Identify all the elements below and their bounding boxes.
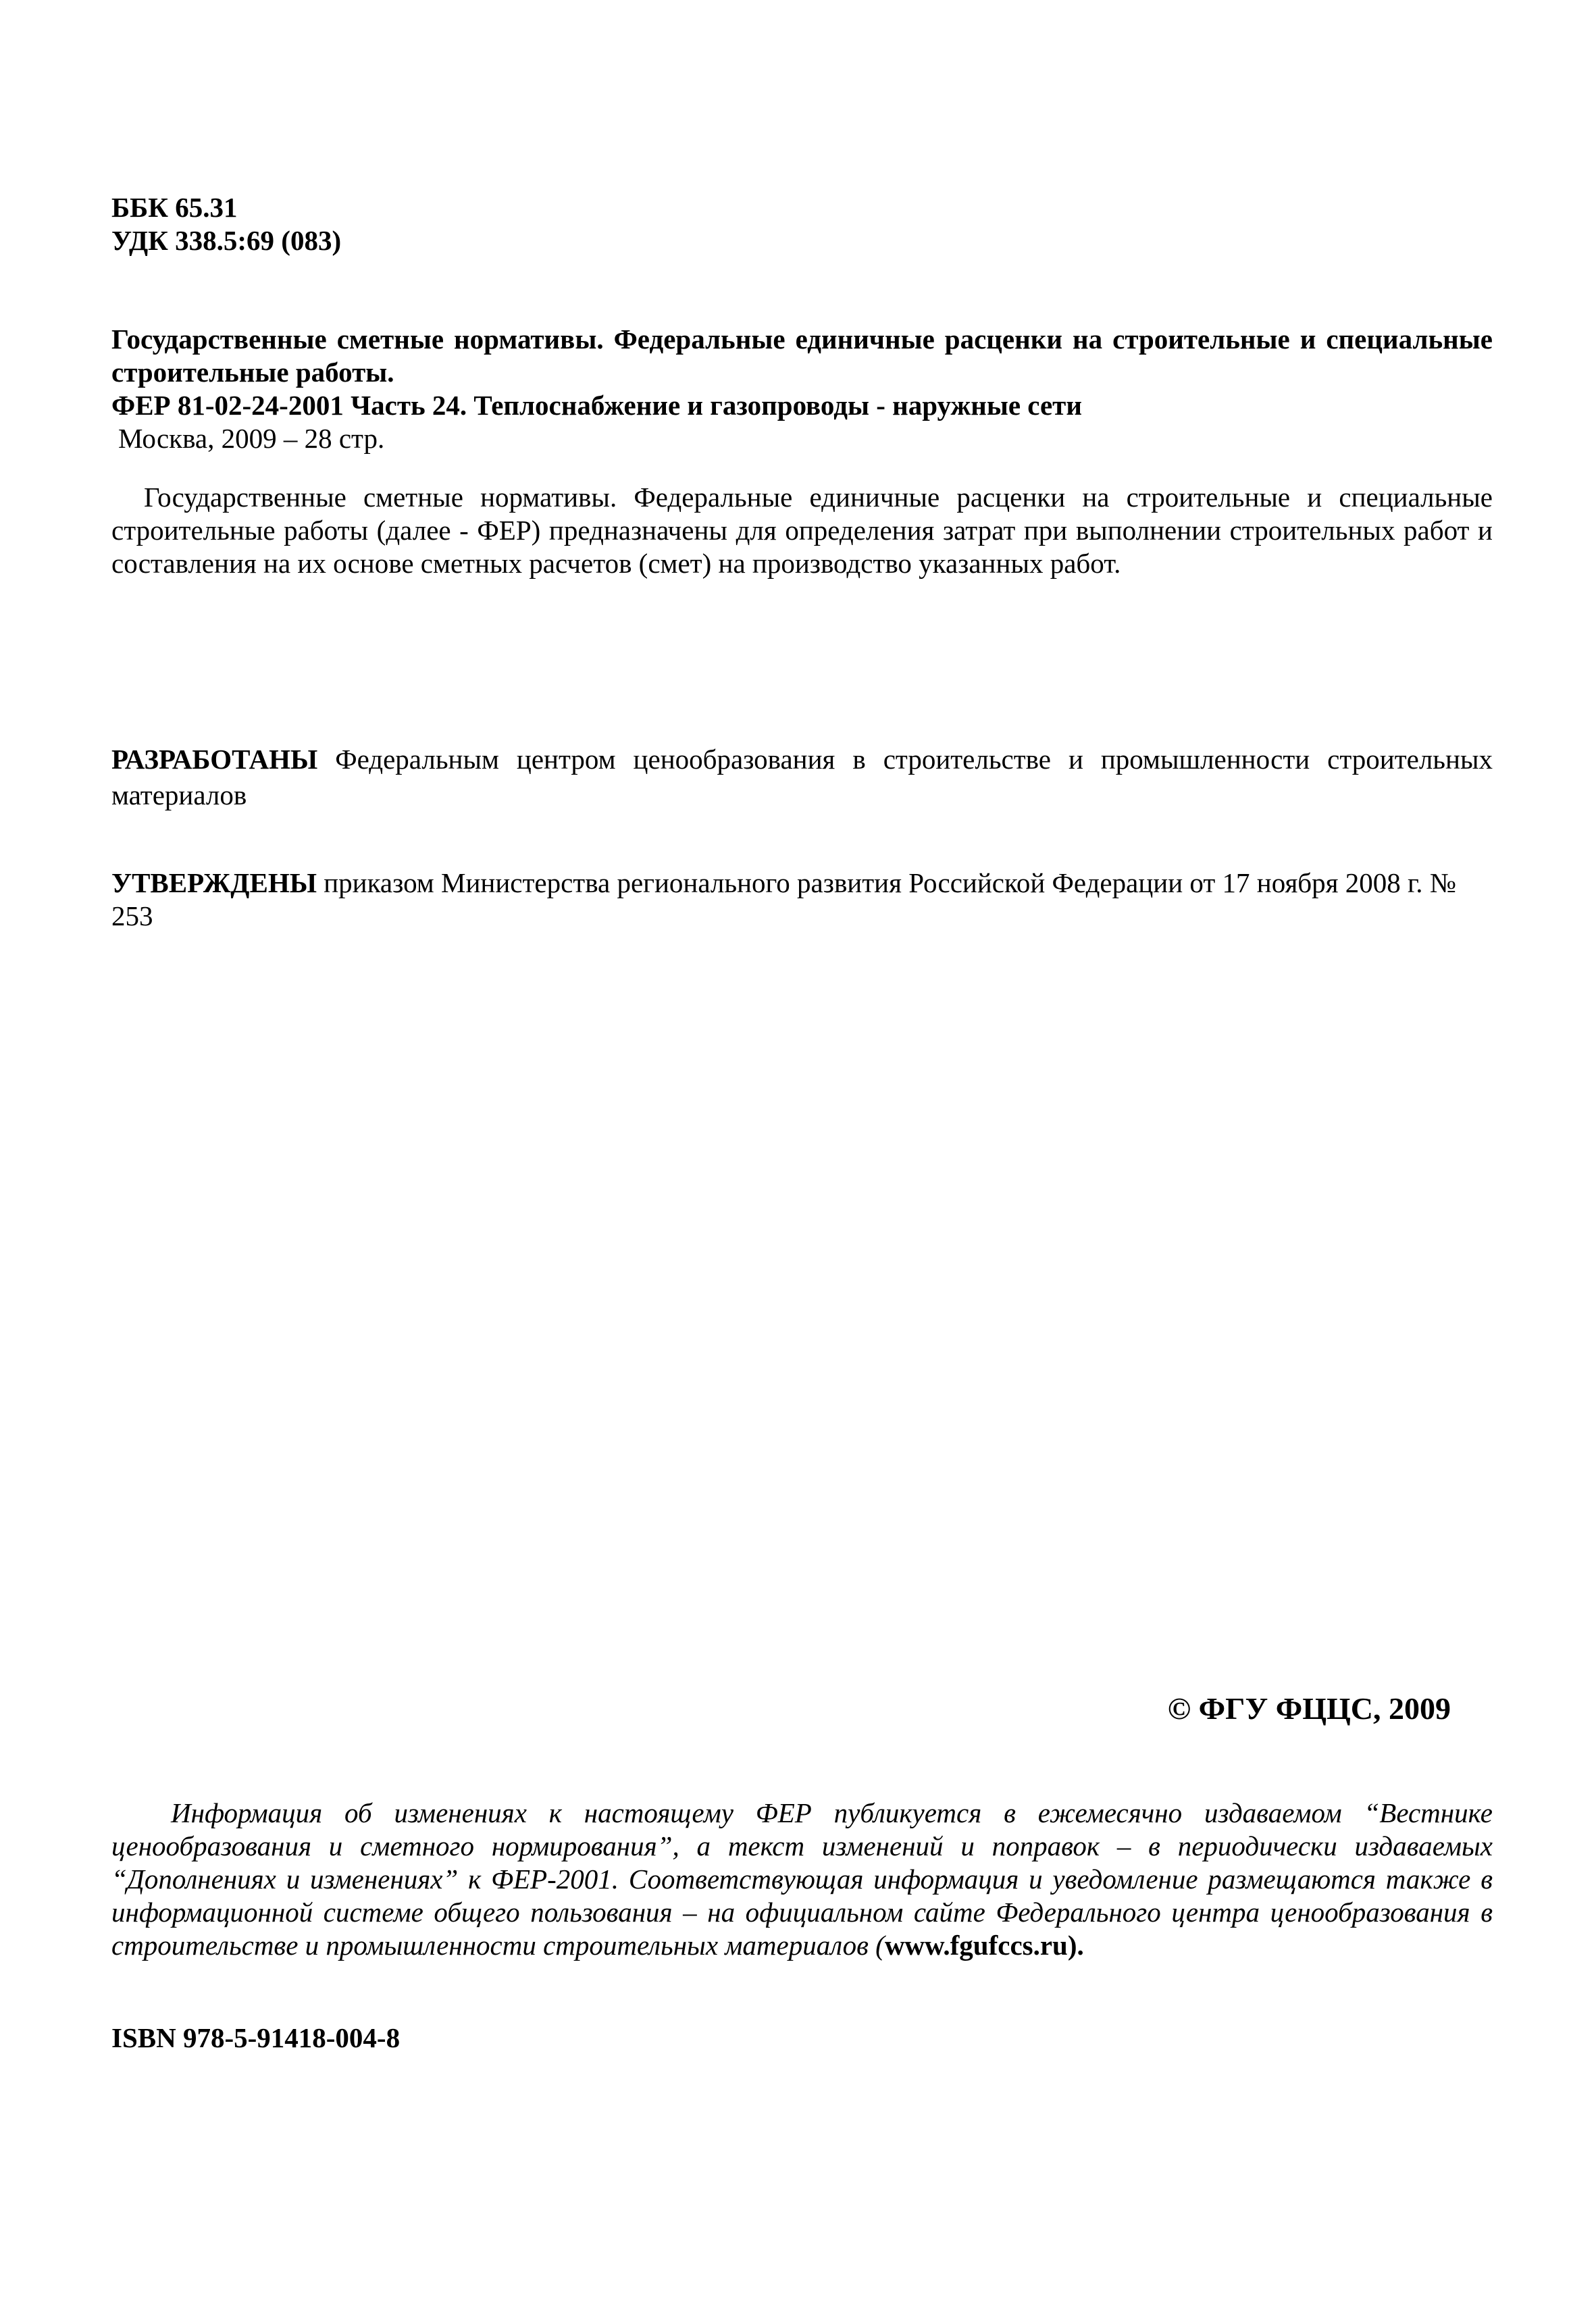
classification-codes: ББК 65.31 УДК 338.5:69 (083) — [111, 191, 1493, 257]
bbk-code: ББК 65.31 — [111, 191, 1493, 224]
copyright-line: © ФГУ ФЦЦС, 2009 — [111, 1692, 1493, 1725]
isbn-line: ISBN 978-5-91418-004-8 — [111, 2022, 1493, 2055]
title-block: Государственные сметные нормативы. Федер… — [111, 323, 1493, 455]
udk-code: УДК 338.5:69 (083) — [111, 224, 1493, 257]
document-page: ББК 65.31 УДК 338.5:69 (083) Государстве… — [0, 0, 1596, 2314]
imprint-line: Москва, 2009 – 28 стр. — [111, 422, 1493, 455]
document-part-title: ФЕР 81-02-24-2001 Часть 24. Теплоснабжен… — [111, 389, 1493, 422]
website-url: www.fgufccs.ru — [885, 1930, 1068, 1961]
developed-label: РАЗРАБОТАНЫ — [111, 744, 317, 775]
document-title: Государственные сметные нормативы. Федер… — [111, 323, 1493, 389]
approved-paragraph: УТВЕРЖДЕНЫ приказом Министерства региона… — [111, 867, 1493, 933]
approved-label: УТВЕРЖДЕНЫ — [111, 867, 317, 898]
amendments-note: Информация об изменениях к настоящему ФЕ… — [111, 1797, 1493, 1962]
abstract-paragraph: Государственные сметные нормативы. Федер… — [111, 481, 1493, 580]
amendments-text: Информация об изменениях к настоящему ФЕ… — [111, 1797, 1493, 1961]
amendments-note-tail: ). — [1068, 1930, 1084, 1961]
developed-paragraph: РАЗРАБОТАНЫ Федеральным центром ценообра… — [111, 742, 1493, 813]
developed-text: Федеральным центром ценообразования в ст… — [111, 744, 1493, 811]
